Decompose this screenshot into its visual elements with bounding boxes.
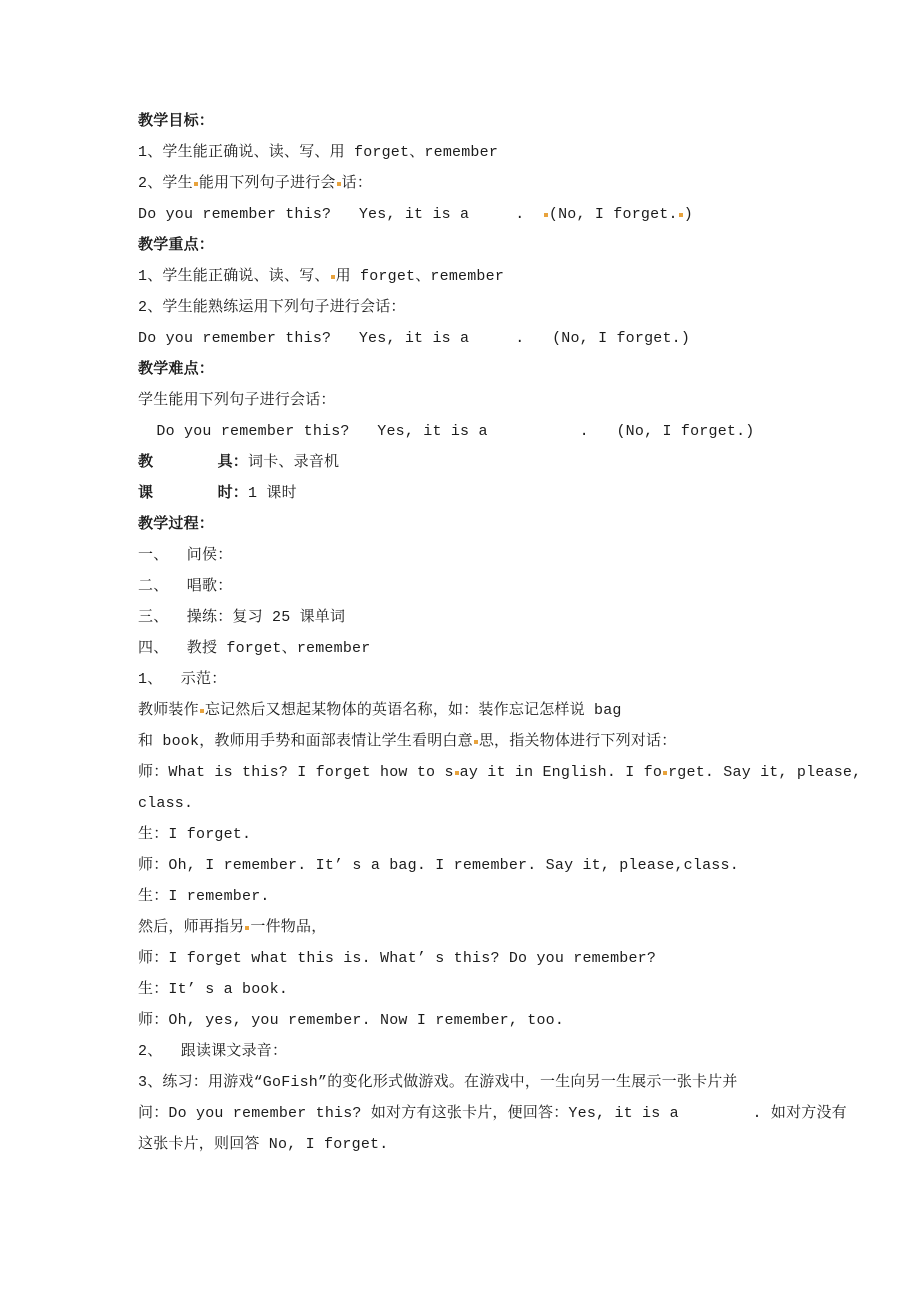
teacher-line-2: 师：Oh, I remember. It’ s a bag. I remembe… [138,850,838,881]
substep-2-read-along: 2、 跟读课文录音： [138,1036,838,1067]
annotation-dot-icon [337,182,341,186]
annotation-dot-icon [331,275,335,279]
text-run: 教学过程： [138,516,214,533]
text-run: 师：Oh, I remember. It’ s a bag. I remembe… [138,857,739,874]
annotation-dot-icon [679,213,683,217]
heading-teaching-difficulties: 教学难点： [138,354,838,385]
text-run-bold: 教 具： [138,454,248,471]
annotation-dot-icon [194,182,198,186]
text-run: 1、学生能正确说、读、写、用 forget、remember [138,144,498,161]
text-run: ) [684,206,693,223]
text-run: 一件物品， [250,919,326,936]
class-hours: 课 时：1 课时 [138,478,838,509]
text-run: 师：Oh, yes, you remember. Now I remember,… [138,1012,564,1029]
text-run: 教学重点： [138,237,214,254]
text-run: 教学难点： [138,361,214,378]
objective-1: 1、学生能正确说、读、写、用 forget、remember [138,137,838,168]
annotation-dot-icon [474,740,478,744]
text-run: 然后，师再指另 [138,919,244,936]
sentence-pattern-2: Do you remember this? Yes, it is a . (No… [138,323,838,354]
text-run: 词卡、录音机 [248,454,339,471]
text-run: 三、 操练：复习 25 课单词 [138,609,345,626]
student-line-1: 生：I forget. [138,819,838,850]
heading-teaching-process: 教学过程： [138,509,838,540]
annotation-dot-icon [245,926,249,930]
text-run: 教学目标： [138,113,214,130]
text-run: 2、学生能熟练运用下列句子进行会话： [138,299,406,316]
keypoint-2: 2、学生能熟练运用下列句子进行会话： [138,292,838,323]
text-run: ay it in English. I fo [460,764,662,781]
text-run: 生：It’ s a book. [138,981,288,998]
text-run: class. [138,795,193,812]
process-step-4: 四、 教授 forget、remember [138,633,838,664]
teaching-aids: 教 具：词卡、录音机 [138,447,838,478]
text-run: 师：I forget what this is. What’ s this? D… [138,950,656,967]
text-run: 忘记然后又想起某物体的英语名称，如：装作忘记怎样说 bag [205,702,622,719]
document-content: 教学目标：1、学生能正确说、读、写、用 forget、remember2、学生能… [138,106,838,1160]
sentence-pattern-3: Do you remember this? Yes, it is a . (No… [138,416,838,447]
substep-3-practice-line-3: 这张卡片，则回答 No, I forget. [138,1129,838,1160]
annotation-dot-icon [544,213,548,217]
text-run: 生：I forget. [138,826,251,843]
objective-2: 2、学生能用下列句子进行会话： [138,168,838,199]
text-run: 一、 问侯： [138,547,232,564]
text-run: Do you remember this? Yes, it is a . (No… [138,330,690,347]
text-run: 1、学生能正确说、读、写、 [138,268,330,285]
teacher-line-4: 师：Oh, yes, you remember. Now I remember,… [138,1005,838,1036]
demo-paragraph-line-2: 和 book，教师用手势和面部表情让学生看明白意思，指关物体进行下列对话： [138,726,838,757]
teacher-line-1: 师：What is this? I forget how to say it i… [138,757,838,788]
text-run: 这张卡片，则回答 No, I forget. [138,1136,388,1153]
sentence-pattern-1: Do you remember this? Yes, it is a . (No… [138,199,838,230]
heading-teaching-keypoints: 教学重点： [138,230,838,261]
heading-teaching-objectives: 教学目标： [138,106,838,137]
text-run-bold: 课 时： [138,485,248,502]
substep-1-demo: 1、 示范： [138,664,838,695]
annotation-dot-icon [200,709,204,713]
text-run: 能用下列句子进行会 [199,175,336,192]
process-step-2: 二、 唱歌： [138,571,838,602]
text-run: Do you remember this? Yes, it is a . [138,206,543,223]
text-run: 问：Do you remember this? 如对方有这张卡片，便回答：Yes… [138,1105,847,1122]
difficulty-desc: 学生能用下列句子进行会话： [138,385,838,416]
text-run: 用 forget、remember [336,268,504,285]
text-run: 1 课时 [248,485,297,502]
text-run: 教师装作 [138,702,199,719]
process-step-1: 一、 问侯： [138,540,838,571]
lesson-plan-page: 教学目标：1、学生能正确说、读、写、用 forget、remember2、学生能… [0,0,920,1302]
process-step-3: 三、 操练：复习 25 课单词 [138,602,838,633]
text-run: 生：I remember. [138,888,270,905]
student-line-3: 生：It’ s a book. [138,974,838,1005]
text-run: 思，指关物体进行下列对话： [479,733,677,750]
keypoint-1: 1、学生能正确说、读、写、用 forget、remember [138,261,838,292]
text-run: 3、练习：用游戏“GoFish”的变化形式做游戏。在游戏中，一生向另一生展示一张… [138,1074,738,1091]
text-run: 二、 唱歌： [138,578,232,595]
text-run: 学生能用下列句子进行会话： [138,392,336,409]
text-run: 和 book，教师用手势和面部表情让学生看明白意 [138,733,473,750]
substep-3-practice-line-2: 问：Do you remember this? 如对方有这张卡片，便回答：Yes… [138,1098,838,1129]
substep-3-practice-line-1: 3、练习：用游戏“GoFish”的变化形式做游戏。在游戏中，一生向另一生展示一张… [138,1067,838,1098]
teacher-line-3: 师：I forget what this is. What’ s this? D… [138,943,838,974]
text-run: 2、 跟读课文录音： [138,1043,287,1060]
teacher-line-1-cont: class. [138,788,838,819]
annotation-dot-icon [663,771,667,775]
text-run: Do you remember this? Yes, it is a . (No… [138,423,755,440]
text-run: 话： [342,175,372,192]
text-run: 2、学生 [138,175,193,192]
text-run: rget. Say it, please, [668,764,861,781]
student-line-2: 生：I remember. [138,881,838,912]
text-run: 四、 教授 forget、remember [138,640,370,657]
demo-paragraph-line-1: 教师装作忘记然后又想起某物体的英语名称，如：装作忘记怎样说 bag [138,695,838,726]
annotation-dot-icon [455,771,459,775]
text-run: 1、 示范： [138,671,226,688]
text-run: (No, I forget. [549,206,678,223]
transition-line: 然后，师再指另一件物品， [138,912,838,943]
text-run: 师：What is this? I forget how to s [138,764,454,781]
